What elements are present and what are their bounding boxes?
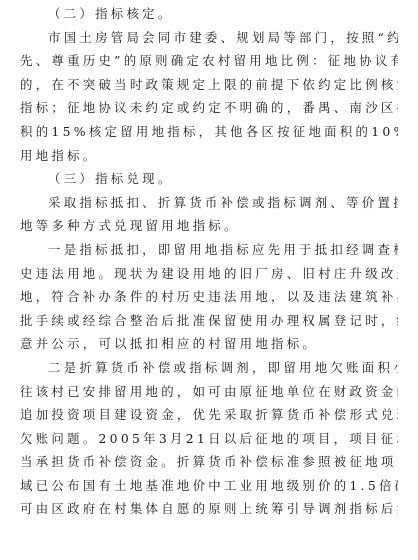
paragraph-line: 地等多种方式兑现留用地指标。 <box>20 214 398 238</box>
paragraph-line: 域已公布国有土地基准地价中工业用地级别价的1.5倍确定，也 <box>20 474 398 498</box>
paragraph-line: 批手续或经综合整治后批准保留使用办理权属登记时，经村民同 <box>20 309 398 333</box>
paragraph-line: 可由区政府在村集体自愿的原则上统筹引导调剂指标后集中使 <box>20 497 398 521</box>
paragraph-line: 一是指标抵扣，即留用地指标应先用于抵扣经调查核定的历 <box>20 238 398 262</box>
paragraph-line: 往该村已安排留用地的，如可由原征地单位在财政资金的统筹下 <box>20 380 398 404</box>
document-page: （二）指标核定。 市国土房管局会同市建委、规划局等部门，按照“约定优 先、尊重历… <box>20 2 398 521</box>
paragraph-line: 欠账问题。2005年3月21日以后征地的项目，项目征地单位应 <box>20 427 398 451</box>
paragraph-line: 二是折算货币补偿或指标调剂，即留用地欠账面积小，且以 <box>20 356 398 380</box>
section-heading-verification: （二）指标核定。 <box>20 2 398 26</box>
paragraph-line: 的，在不突破当时政策规定上限的前提下依约定比例核定留用地 <box>20 73 398 97</box>
paragraph-line: 当承担货币补偿资金。折算货币补偿标准参照被征地项目所在区 <box>20 450 398 474</box>
paragraph-line: 采取指标抵扣、折算货币补偿或指标调剂、等价置换、留用 <box>20 191 398 215</box>
paragraph-line: 追加投资项目建设资金，优先采取折算货币补偿形式兑现留用地 <box>20 403 398 427</box>
paragraph-line: 市国土房管局会同市建委、规划局等部门，按照“约定优 <box>20 26 398 50</box>
paragraph-line: 地，符合补办条件的村历史违法用地，以及违法建筑补办用地审 <box>20 285 398 309</box>
paragraph-line: 指标；征地协议未约定或约定不明确的，番禺、南沙区按征地面 <box>20 96 398 120</box>
paragraph-line: 史违法用地。现状为建设用地的旧厂房、旧村庄升级改造审批用 <box>20 262 398 286</box>
section-heading-fulfillment: （三）指标兑现。 <box>20 167 398 191</box>
paragraph-line: 先、尊重历史”的原则确定农村留用地比例：征地协议有约定 <box>20 49 398 73</box>
paragraph-line: 积的15%核定留用地指标，其他各区按征地面积的10%核定留 <box>20 120 398 144</box>
paragraph-line: 意并公示，可以抵扣相应的村留用地指标。 <box>20 332 398 356</box>
paragraph-line: 用地指标。 <box>20 144 398 168</box>
